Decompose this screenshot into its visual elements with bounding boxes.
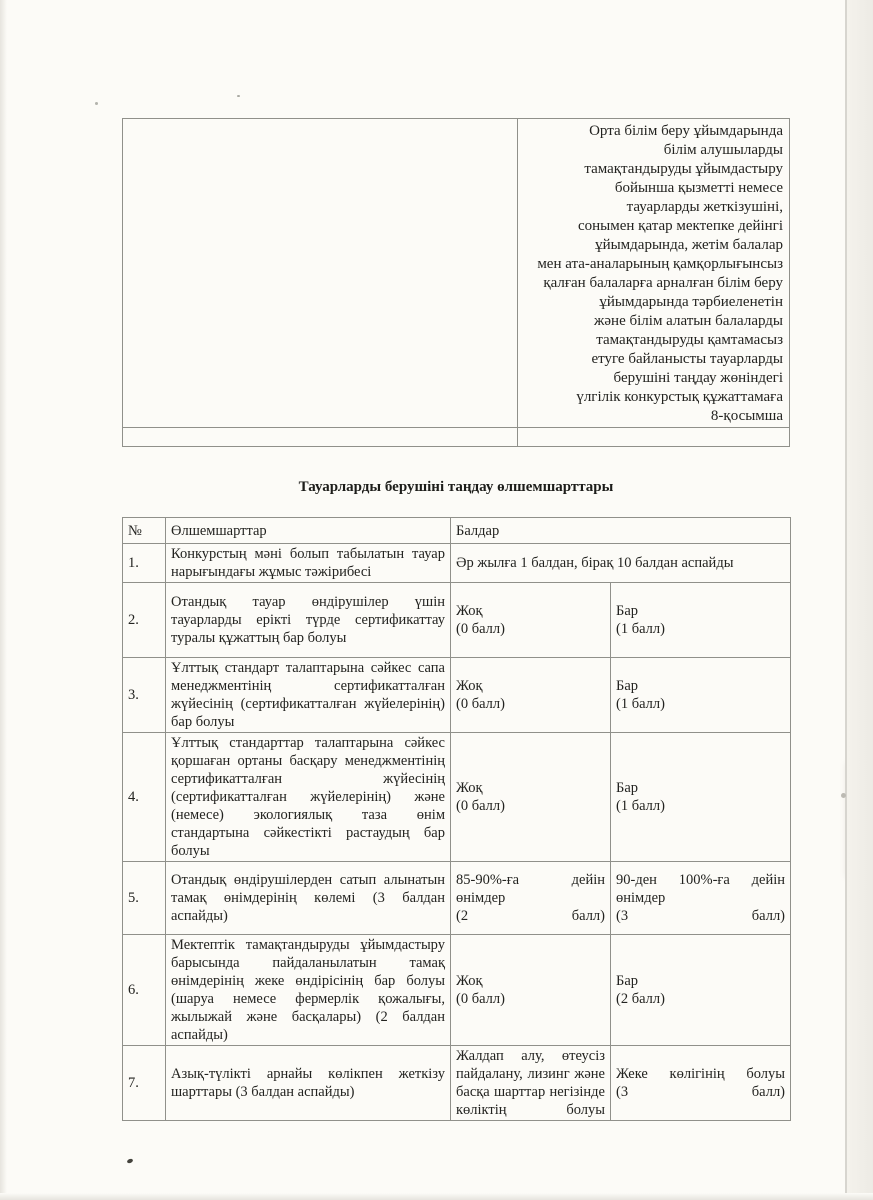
row-number: 5.: [123, 862, 166, 935]
row-number: 4.: [123, 733, 166, 862]
row-number: 3.: [123, 658, 166, 733]
score-no-cell: Жалдап алу, өтеусіз пайдалану, лизинг жә…: [451, 1046, 611, 1121]
document-title: Тауарларды берушіні таңдау өлшемшарттары: [122, 479, 790, 496]
criteria-cell: Азық-түлікті арнайы көлікпен жеткізу шар…: [166, 1046, 451, 1121]
score-yes-cell: Бар (1 балл): [611, 658, 791, 733]
criteria-cell: Ұлттық стандарттар талаптарына сәйкес қо…: [166, 733, 451, 862]
criteria-table: № Өлшемшарттар Балдар 1. Конкурстың мәні…: [122, 517, 791, 1121]
scanner-edge-right: [847, 0, 873, 1200]
scanner-edge-left: [0, 0, 7, 1200]
scanned-document-page: Орта білім беру ұйымдарында білім алушыл…: [0, 0, 873, 1200]
score-yes-cell: Бар (1 балл): [611, 733, 791, 862]
table-row: 3. Ұлттық стандарт талаптарына сәйкес са…: [123, 658, 791, 733]
table-row: 7. Азық-түлікті арнайы көлікпен жеткізу …: [123, 1046, 791, 1121]
col-header-score: Балдар: [451, 518, 791, 544]
table-row: 4. Ұлттық стандарттар талаптарына сәйкес…: [123, 733, 791, 862]
col-header-number: №: [123, 518, 166, 544]
table-row: 6. Мектептік тамақтандыруды ұйымдастыру …: [123, 935, 791, 1046]
score-yes-cell: Жеке көлігінің болуы (3 балл): [611, 1046, 791, 1121]
scanner-edge-bottom: [0, 1193, 873, 1200]
score-no-cell: Жоқ (0 балл): [451, 733, 611, 862]
appendix-box-bottom-row-line: [123, 427, 789, 428]
row-number: 1.: [123, 544, 166, 583]
score-yes-cell: 90-ден 100%-ға дейін өнімдер (3 балл): [611, 862, 791, 935]
ink-speck: [841, 793, 846, 798]
criteria-cell: Ұлттық стандарт талаптарына сәйкес сапа …: [166, 658, 451, 733]
appendix-text: Орта білім беру ұйымдарында білім алушыл…: [518, 119, 789, 427]
table-header-row: № Өлшемшарттар Балдар: [123, 518, 791, 544]
ink-speck: [126, 1158, 133, 1164]
criteria-cell: Мектептік тамақтандыруды ұйымдастыру бар…: [166, 935, 451, 1046]
table-row: 2. Отандық тауар өндірушілер үшін тауарл…: [123, 583, 791, 658]
score-no-cell: 85-90%-ға дейін өнімдер (2 балл): [451, 862, 611, 935]
appendix-box: Орта білім беру ұйымдарында білім алушыл…: [122, 118, 790, 447]
ink-speck: [237, 95, 240, 97]
score-yes-cell: Бар (1 балл): [611, 583, 791, 658]
score-no-cell: Жоқ (0 балл): [451, 935, 611, 1046]
criteria-cell: Отандық тауар өндірушілер үшін тауарлард…: [166, 583, 451, 658]
row-number: 6.: [123, 935, 166, 1046]
score-yes-cell: Бар (2 балл): [611, 935, 791, 1046]
table-row: 1. Конкурстың мәні болып табылатын тауар…: [123, 544, 791, 583]
score-cell: Әр жылға 1 балдан, бірақ 10 балдан аспай…: [451, 544, 791, 583]
score-no-cell: Жоқ (0 балл): [451, 658, 611, 733]
table-row: 5. Отандық өндірушілерден сатып алынатын…: [123, 862, 791, 935]
col-header-criteria: Өлшемшарттар: [166, 518, 451, 544]
ink-speck: [95, 102, 98, 105]
criteria-cell: Отандық өндірушілерден сатып алынатын та…: [166, 862, 451, 935]
score-no-cell: Жоқ (0 балл): [451, 583, 611, 658]
criteria-cell: Конкурстың мәні болып табылатын тауар на…: [166, 544, 451, 583]
row-number: 7.: [123, 1046, 166, 1121]
row-number: 2.: [123, 583, 166, 658]
